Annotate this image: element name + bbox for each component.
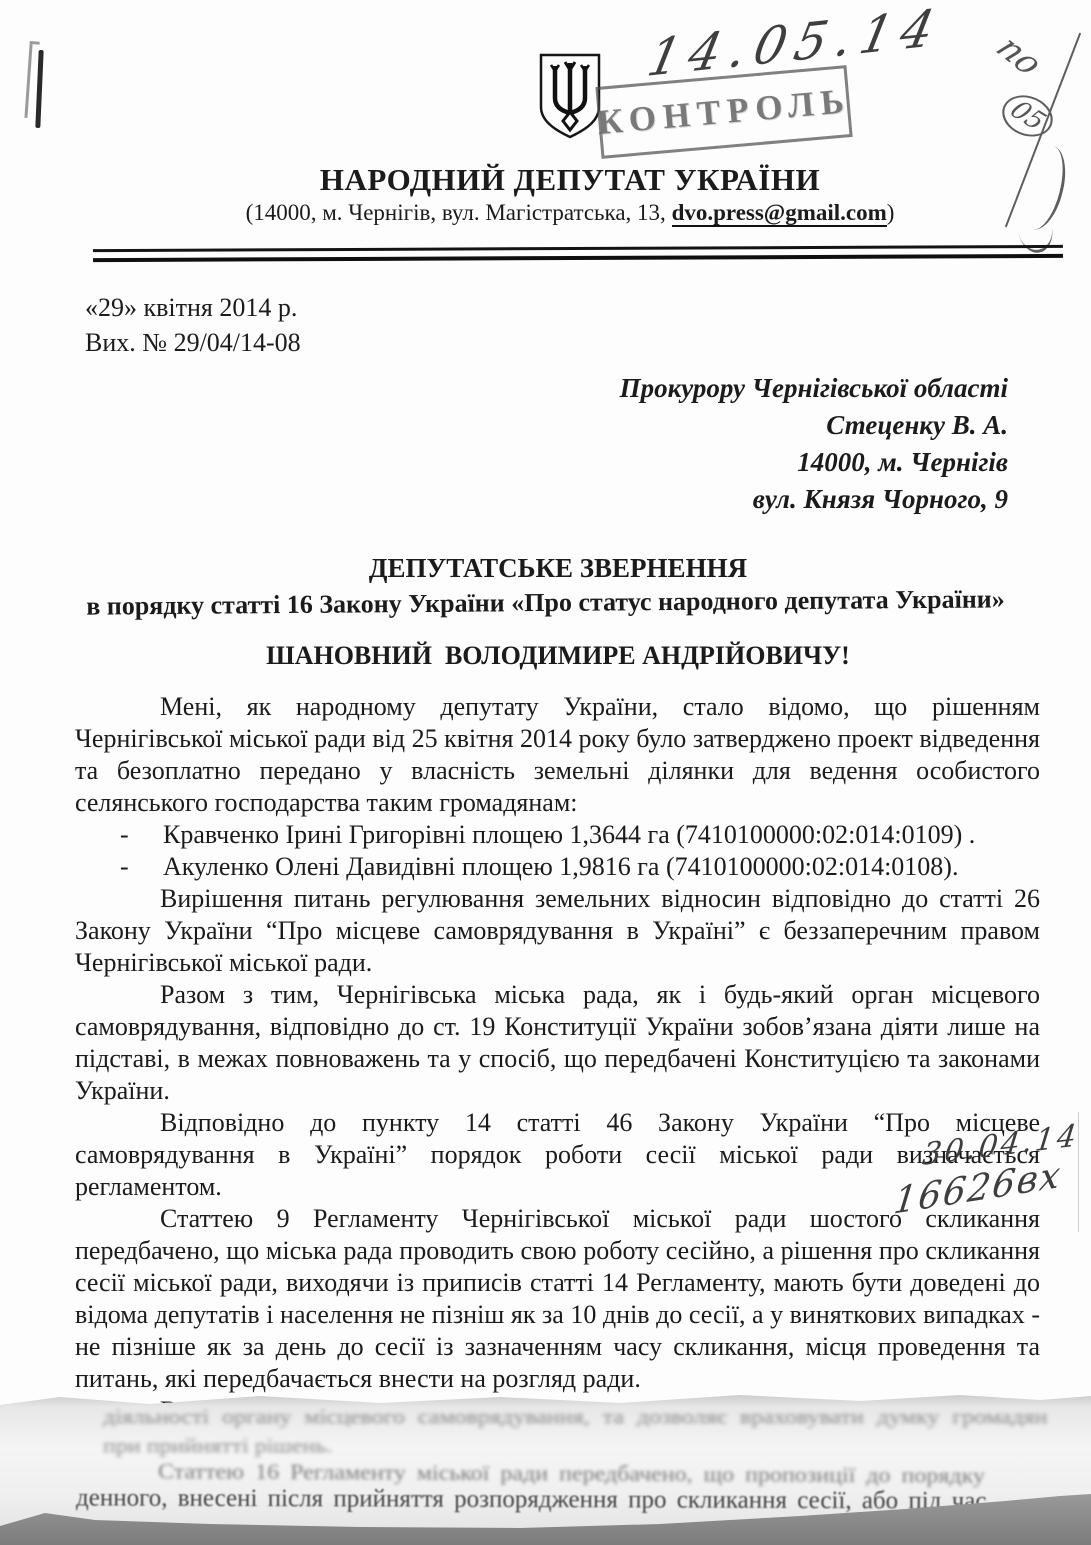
recipient-street: вул. Князя Чорного, 9 <box>620 481 1008 518</box>
blurred-text-line-2: при прийнятті рішень. <box>103 1434 332 1458</box>
letterhead-address-prefix: (14000, м. Чернігів, вул. Магістратська,… <box>246 200 672 225</box>
letter-date: «29» квітня 2014 р. <box>85 290 301 325</box>
recipient-block: Прокурору Чернігівської області Стеценку… <box>620 370 1008 518</box>
recipient-postcode-city: 14000, м. Чернігів <box>620 444 1008 481</box>
list-item-1: - Кравченко Ірині Григорівні площею 1,36… <box>75 819 1040 851</box>
letterhead-address: (14000, м. Чернігів, вул. Магістратська,… <box>30 200 1091 226</box>
paragraph-2: Вирішення питань регулювання земельних в… <box>75 883 1040 979</box>
margin-note-handwriting: по <box>987 29 1051 82</box>
letterhead-address-suffix: ) <box>887 200 895 225</box>
paragraph-1: Мені, як народному депутату України, ста… <box>75 691 1040 819</box>
paragraph-3: Разом з тим, Чернігівська міська рада, я… <box>75 979 1040 1107</box>
letterhead-separator-rule <box>93 245 1063 262</box>
letter-meta-block: «29» квітня 2014 р. Вих. № 29/04/14-08 <box>85 290 301 360</box>
recipient-name: Стеценку В. А. <box>620 407 1008 444</box>
scanned-letter-page: КОНТРОЛЬ 14.05.14 по 05 НАРОДНИЙ ДЕПУТАТ… <box>0 0 1091 1545</box>
staple-mark-light <box>24 44 32 118</box>
letter-subtitle: в порядку статті 16 Закону України «Про … <box>30 584 1061 622</box>
margin-note-circled-handwriting: 05 <box>993 87 1062 145</box>
list-item-1-text: Кравченко Ірині Григорівні площею 1,3644… <box>163 819 1040 851</box>
paragraph-5: Статтею 9 Регламенту Чернігівської міськ… <box>75 1203 1040 1395</box>
letter-salutation: ШАНОВНИЙ ВОЛОДИМИРЕ АНДРІЙОВИЧУ! <box>63 641 1053 671</box>
blurred-text-line-1: діяльності органу місцевого самоврядуван… <box>103 1405 1047 1429</box>
list-item-1-marker: - <box>75 819 163 851</box>
list-item-2: - Акуленко Олені Давидівні площею 1,9816… <box>75 851 1040 883</box>
ukraine-trident-emblem-icon <box>537 52 603 142</box>
list-item-2-text: Акуленко Олені Давидівні площею 1,9816 г… <box>163 851 1040 883</box>
staple-mark-dark <box>35 50 43 128</box>
letterhead-email: dvo.press@gmail.com <box>672 200 887 227</box>
control-stamp-label: КОНТРОЛЬ <box>596 81 853 143</box>
letter-body: Мені, як народному депутату України, ста… <box>75 691 1040 1427</box>
letter-ref-number: Вих. № 29/04/14-08 <box>85 325 301 360</box>
letter-title: ДЕПУТАТСЬКЕ ЗВЕРНЕННЯ <box>63 553 1053 584</box>
list-item-2-marker: - <box>75 851 163 883</box>
blurred-text-line-4: денного, внесені після прийняття розпоря… <box>76 1484 987 1515</box>
recipient-position: Прокурору Чернігівської області <box>620 370 1008 407</box>
letterhead-org-name: НАРОДНИЙ ДЕПУТАТ УКРАЇНИ <box>30 162 1091 198</box>
